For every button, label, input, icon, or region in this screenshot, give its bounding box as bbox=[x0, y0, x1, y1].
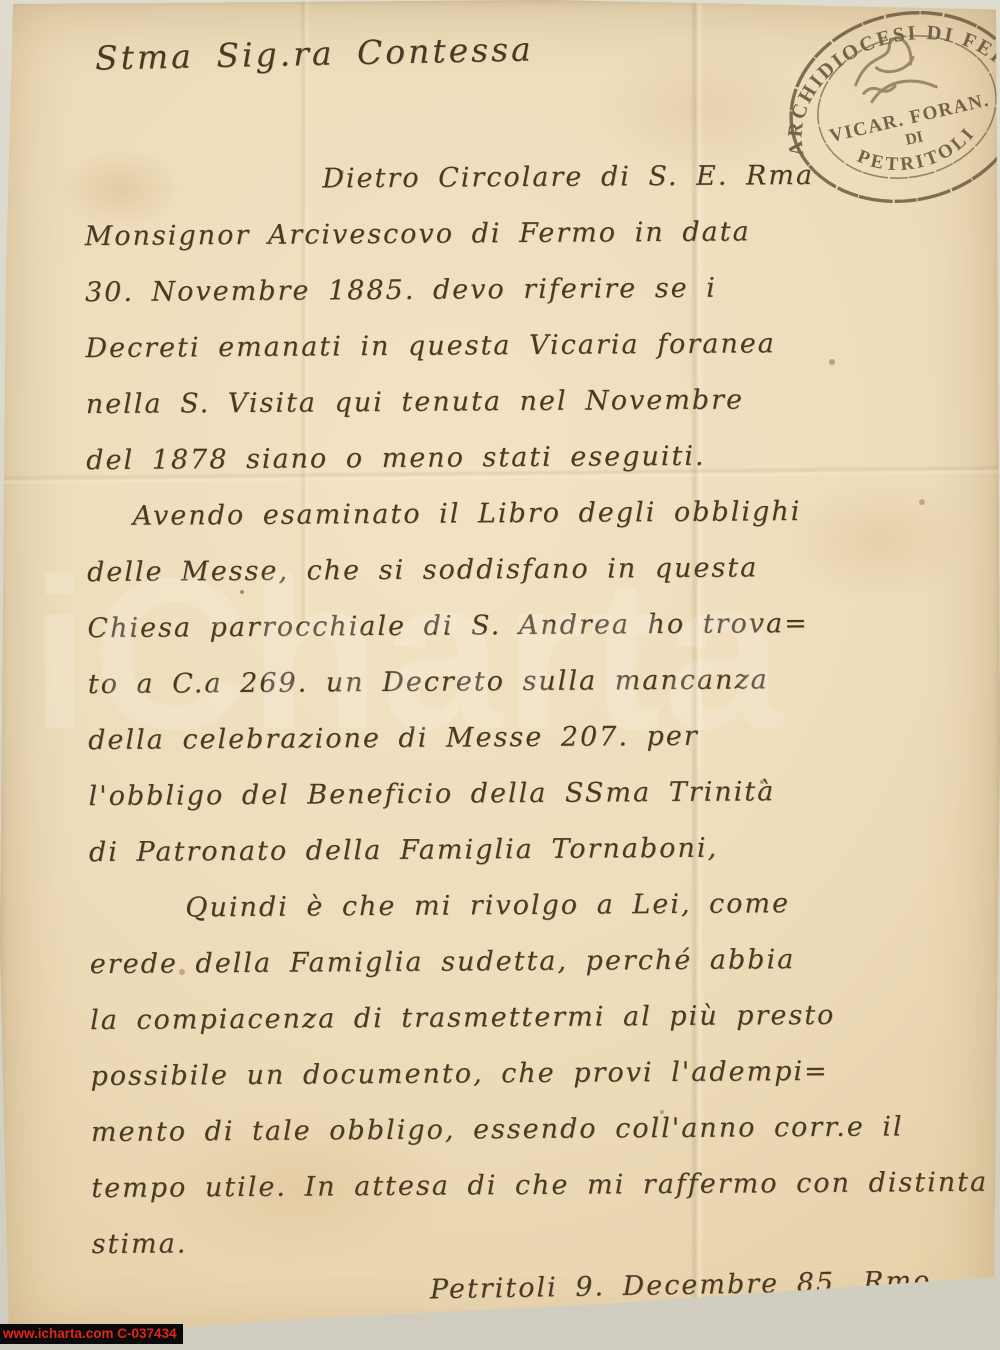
manuscript-line: mento di tale obbligo, essendo coll'anno… bbox=[91, 1099, 971, 1161]
letter-scan: Stma Sig.ra Contessa Dietro Circolare di… bbox=[0, 0, 1000, 1350]
manuscript-line: stima. bbox=[92, 1211, 972, 1273]
manuscript-line: Quindi è che mi rivolgo a Lei, come bbox=[89, 875, 969, 937]
manuscript-line: tempo utile. In attesa di che mi rafferm… bbox=[91, 1155, 971, 1217]
manuscript-line: Decreti emanati in questa Vicaria forane… bbox=[85, 315, 965, 377]
manuscript-line: erede della Famiglia sudetta, perché abb… bbox=[90, 931, 970, 993]
manuscript-line: nella S. Visita qui tenuta nel Novembre bbox=[86, 371, 966, 433]
manuscript-line: Chiesa parrocchiale di S. Andrea ho trov… bbox=[87, 595, 967, 657]
salutation-line: Stma Sig.ra Contessa bbox=[95, 29, 534, 77]
letter-body: Dietro Circolare di S. E. Rma Monsignor … bbox=[84, 147, 972, 1273]
manuscript-line: della celebrazione di Messe 207. per bbox=[88, 707, 968, 769]
manuscript-line: Avendo esaminato il Libro degli obblighi bbox=[86, 483, 966, 545]
manuscript-line: possibile un documento, che provi l'adem… bbox=[90, 1043, 970, 1105]
manuscript-line: delle Messe, che si soddisfano in questa bbox=[87, 539, 967, 601]
letter-paper: Stma Sig.ra Contessa Dietro Circolare di… bbox=[0, 0, 1000, 1350]
manuscript-line: del 1878 siano o meno stati eseguiti. bbox=[86, 427, 966, 489]
manuscript-line: l'obbligo del Beneficio della SSma Trini… bbox=[88, 763, 968, 825]
manuscript-line: 30. Novembre 1885. devo riferire se i bbox=[85, 259, 965, 321]
manuscript-line: di Patronato della Famiglia Tornaboni, bbox=[89, 819, 969, 881]
stamp-center-line2: DI bbox=[904, 128, 925, 149]
manuscript-line: to a C.a 269. un Decreto sulla mancanza bbox=[88, 651, 968, 713]
vendor-watermark-label: www.icharta.com C-037434 bbox=[0, 1324, 183, 1344]
manuscript-line: la compiacenza di trasmettermi al più pr… bbox=[90, 987, 970, 1049]
dateline: Petritoli 9. Decembre 85, Rmo bbox=[430, 1266, 932, 1306]
